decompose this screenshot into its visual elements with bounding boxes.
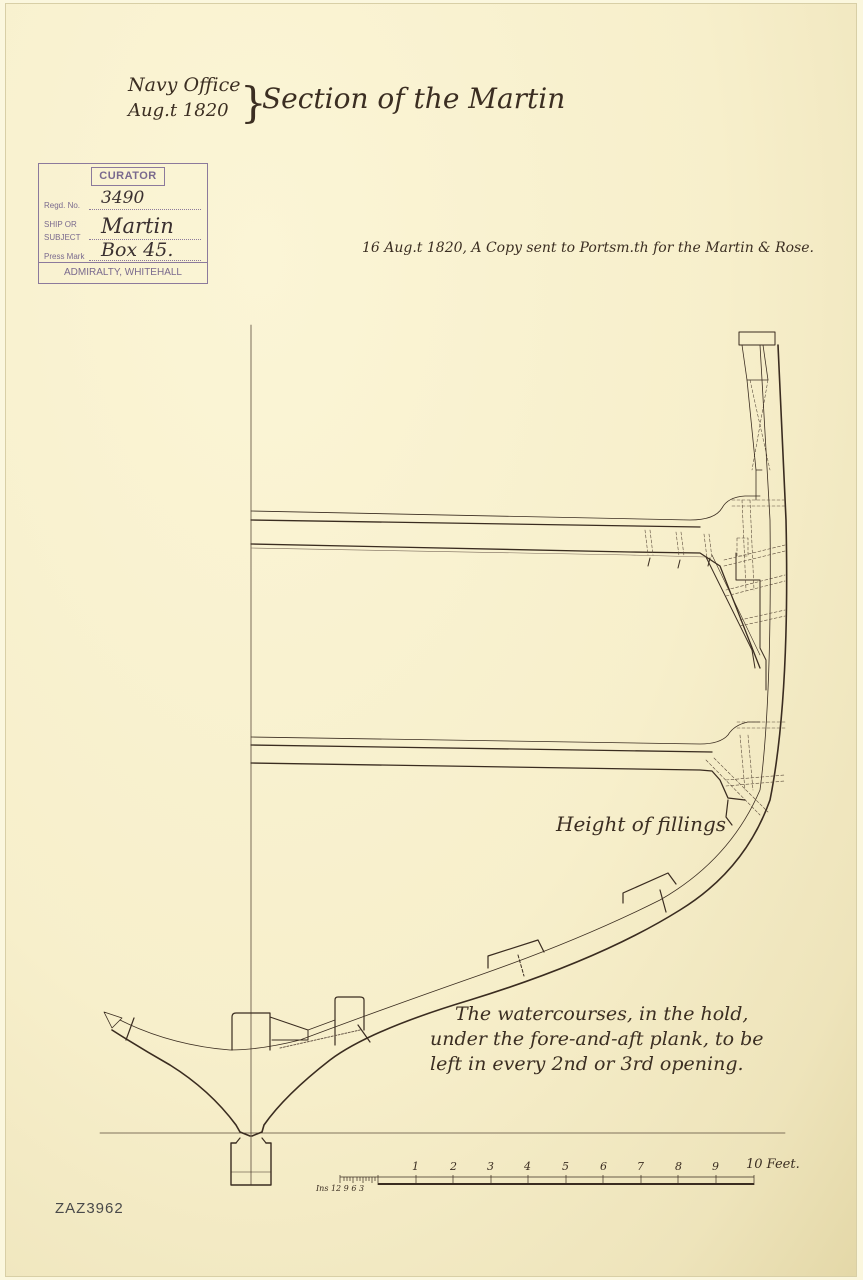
hull-section-drawing xyxy=(0,0,863,1280)
scale-tick-5: 5 xyxy=(562,1160,569,1173)
scale-tick-8: 8 xyxy=(675,1160,682,1173)
scale-inches-label: Ins 12 9 6 3 xyxy=(316,1184,364,1193)
scale-tick-2: 2 xyxy=(450,1160,457,1173)
watercourses-line-1: The watercourses, in the hold, xyxy=(455,1003,748,1025)
watercourses-line-3: left in every 2nd or 3rd opening. xyxy=(430,1053,744,1075)
scale-tick-1: 1 xyxy=(412,1160,419,1173)
scale-tick-9: 9 xyxy=(712,1160,719,1173)
scale-tick-4: 4 xyxy=(524,1160,531,1173)
scale-tick-6: 6 xyxy=(600,1160,607,1173)
scale-tick-7: 7 xyxy=(637,1160,644,1173)
watercourses-line-2: under the fore-and-aft plank, to be xyxy=(430,1028,763,1050)
fillings-annotation: Height of fillings xyxy=(556,812,726,836)
scale-tick-3: 3 xyxy=(487,1160,494,1173)
scale-tick-10: 10 Feet. xyxy=(746,1157,800,1172)
reference-number: ZAZ3962 xyxy=(55,1200,124,1217)
